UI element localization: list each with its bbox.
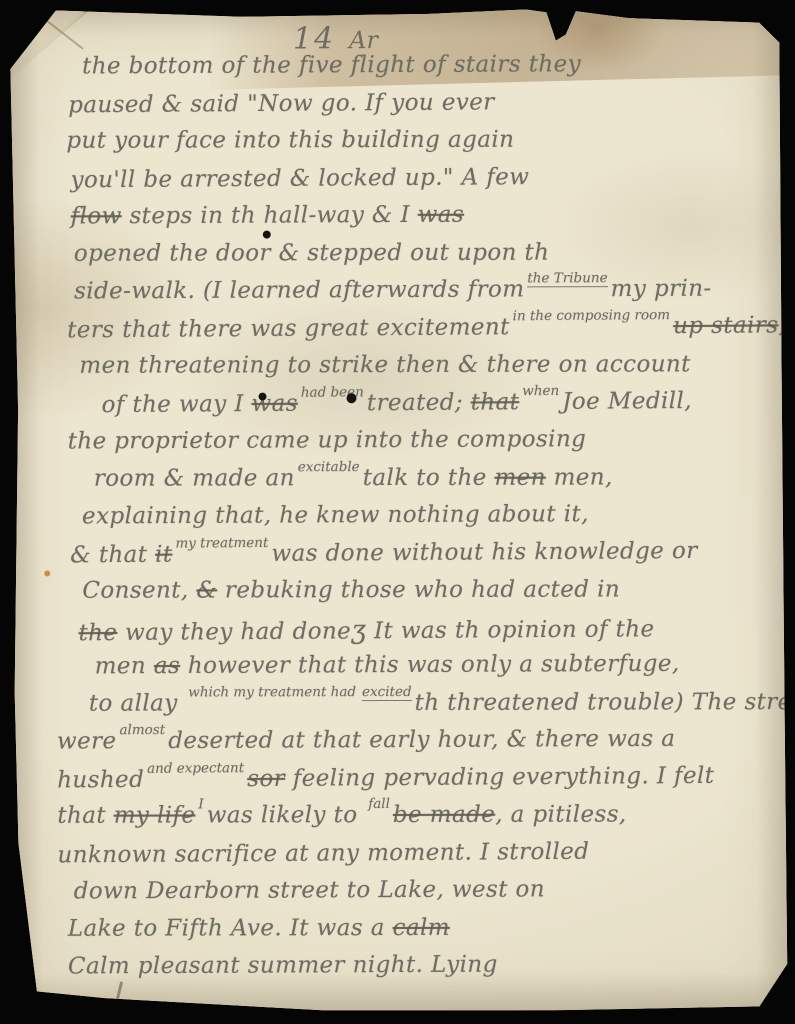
handwriting-text: of the way I xyxy=(101,391,251,418)
inserted-revision-text: fall xyxy=(368,796,390,812)
manuscript-line: the bottom of the five flight of stairs … xyxy=(40,50,770,91)
ink-blot xyxy=(263,231,271,239)
ink-blot xyxy=(346,393,356,403)
handwriting-text: explaining that, he knew nothing about i… xyxy=(82,501,589,529)
manuscript-line: men threatening to strike then & there o… xyxy=(41,351,771,390)
manuscript-line: Consent, & rebuking those who had acted … xyxy=(42,576,772,615)
struck-out-text: the xyxy=(78,619,117,645)
inserted-revision-text: excited xyxy=(362,683,412,700)
handwriting-text: Consent, xyxy=(82,577,196,603)
struck-out-text: up stairs xyxy=(673,312,779,339)
handwriting-text: rebuking those who had acted in xyxy=(217,576,620,603)
handwriting-text: talk to the xyxy=(363,464,495,490)
handwriting-text: men threatening to strike then & there o… xyxy=(79,351,690,378)
manuscript-line: Calm pleasant summer night. Lying xyxy=(44,950,774,991)
inserted-revision-text: when xyxy=(522,382,559,398)
handwriting-text: the bottom of the five flight of stairs … xyxy=(82,51,581,79)
handwriting-text: the proprietor came up into the composin… xyxy=(68,426,587,454)
handwriting-text: way they had done xyxy=(117,618,351,646)
handwriting-text: you'll be arrested & locked up." A few xyxy=(70,164,529,193)
ink-blot xyxy=(258,393,266,401)
manuscript-line: put your face into this building again xyxy=(40,126,770,165)
handwriting-text: men xyxy=(95,653,154,679)
manuscript-line: down Dearborn street to Lake, west on xyxy=(44,875,774,916)
manuscript-line: Lake to Fifth Ave. It was a calm xyxy=(44,914,774,953)
handwriting-text: hushed xyxy=(57,766,144,793)
inserted-revision-text: and expectant xyxy=(147,760,244,777)
manuscript-line: the proprietor came up into the composin… xyxy=(42,425,772,466)
handwriting-text: ters that there was great excitement xyxy=(67,314,510,343)
inserted-revision-text: the Tribune xyxy=(527,270,607,287)
handwriting-text: & that xyxy=(70,541,155,568)
struck-out-text: it xyxy=(155,541,173,567)
handwriting-text: It was th opinion of the xyxy=(366,616,654,644)
page-number: 14 xyxy=(293,21,335,56)
manuscript-line: paused & said "Now go. If you ever xyxy=(40,87,770,130)
handwriting-text: deserted at that early hour, & there was… xyxy=(168,726,675,754)
manuscript-line: the way they had doneʒ It was th opinion… xyxy=(42,612,772,655)
manuscript-line: opened the door & stepped out upon th xyxy=(41,239,771,278)
struck-out-text: calm xyxy=(393,914,450,940)
struck-out-text: my life xyxy=(114,802,196,828)
manuscript-text: the bottom of the five flight of stairs … xyxy=(40,50,774,991)
struck-out-text: & xyxy=(196,577,217,603)
handwriting-text: men, xyxy=(546,464,613,490)
handwriting-text: down Dearborn street to Lake, west on xyxy=(74,876,545,904)
manuscript-line: unknown sacrifice at any moment. I strol… xyxy=(43,837,773,880)
inserted-revision-text: I xyxy=(198,796,203,812)
handwriting-text: Joe Medill, xyxy=(562,387,692,414)
handwriting-text: side-walk. (I learned afterwards from xyxy=(74,276,524,304)
struck-out-text: as xyxy=(154,653,180,679)
handwriting-text: Lake to Fifth Ave. It was a xyxy=(68,914,393,941)
handwriting-text: was done without his knowledge or xyxy=(271,537,697,566)
inserted-revision-text: which my treatment had xyxy=(188,684,356,700)
handwriting-text: Calm pleasant summer night. Lying xyxy=(68,952,498,980)
struck-out-text: be made xyxy=(393,802,495,828)
handwriting-text: paused & said "Now go. If you ever xyxy=(68,89,495,118)
handwriting-text: were xyxy=(57,728,117,754)
orange-fleck xyxy=(44,571,50,577)
manuscript-line: room & made anexcitabletalk to the men m… xyxy=(42,464,772,503)
handwriting-text: however that this was only a subterfuge, xyxy=(180,651,680,679)
handwriting-text: was likely to xyxy=(207,802,365,828)
deletion-squiggle: ʒ xyxy=(351,615,366,645)
handwriting-text: put your face into this building again xyxy=(66,127,514,154)
handwriting-text: opened the door & stepped out upon th xyxy=(74,239,550,266)
handwriting-text: my prin- xyxy=(611,276,712,302)
struck-out-text: men xyxy=(494,464,545,490)
inserted-revision-text: almost xyxy=(119,722,165,738)
handwriting-text: to allay xyxy=(89,690,186,716)
struck-out-text: was xyxy=(418,202,465,228)
photograph-background: 14Ar the bottom of the five flight of st… xyxy=(0,0,795,1024)
manuscript-line: hushedand expectantsor feeling pervading… xyxy=(43,762,773,805)
manuscript-line: that my lifeIwas likely to fallbe made, … xyxy=(43,801,773,840)
manuscript-line: flow steps in th hall-way & I was xyxy=(41,200,771,241)
struck-out-text: flow xyxy=(71,203,122,229)
handwriting-text: steps in th hall-way & I xyxy=(122,202,418,229)
inserted-revision-text: in the composing room xyxy=(513,307,670,324)
handwriting-text: that xyxy=(57,803,113,829)
manuscript-paper: 14Ar the bottom of the five flight of st… xyxy=(8,3,788,1014)
manuscript-line: you'll be arrested & locked up." A few xyxy=(40,162,770,205)
manuscript-line: & that itmy treatmentwas done without hi… xyxy=(42,537,772,580)
struck-out-text: that xyxy=(471,389,520,415)
handwriting-text: , a pitiless, xyxy=(495,801,626,827)
handwriting-text: feeling pervading everything. I felt xyxy=(285,762,714,791)
manuscript-line: of the way I washad beentreated; thatwhe… xyxy=(41,387,771,430)
handwriting-text: , the xyxy=(778,311,795,337)
handwriting-text: room & made an xyxy=(94,465,295,491)
handwriting-text: unknown sacrifice at any moment. I strol… xyxy=(57,838,589,868)
inserted-revision-text: excitable xyxy=(298,459,360,475)
handwriting-text: treated; xyxy=(367,389,471,416)
struck-out-text: sor xyxy=(247,765,285,791)
handwriting-text: th threatened trouble) The streets xyxy=(415,689,795,716)
manuscript-line: explaining that, he knew nothing about i… xyxy=(42,500,772,541)
manuscript-line: ters that there was great excitementin t… xyxy=(41,312,771,355)
page-annotation: Ar xyxy=(349,26,378,54)
inserted-revision-text: my treatment xyxy=(175,534,268,551)
